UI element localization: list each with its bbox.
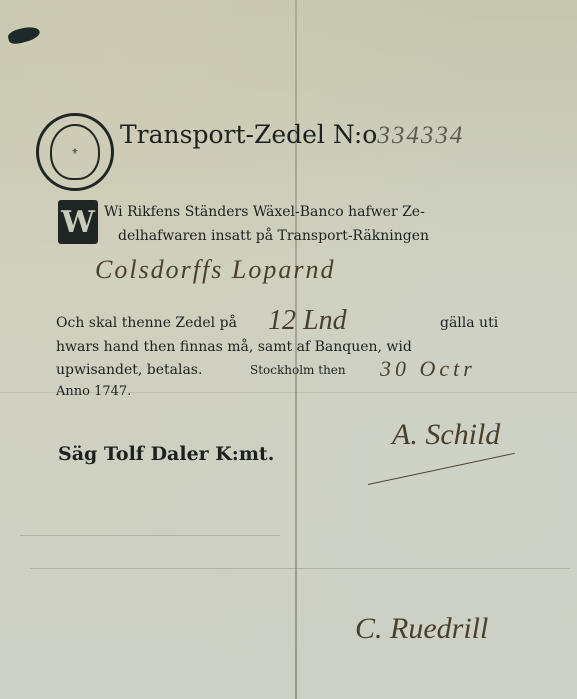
signature-1: A. Schild: [392, 418, 500, 452]
body-line-2: delhafwaren insatt på Transport-Räkninge…: [118, 228, 429, 244]
document-paper: ⚜ Transport-Zedel N:o334334 W Wi Rikfens…: [0, 0, 577, 699]
document-title: Transport-Zedel N:o334334: [120, 120, 464, 150]
seal-crest-icon: ⚜: [50, 124, 100, 180]
title-printed: Transport-Zedel N:o: [120, 120, 377, 149]
serial-number: 334334: [377, 122, 464, 149]
year-line: Anno 1747.: [56, 384, 131, 399]
signature-1-underline: [368, 453, 515, 485]
clause-line-2: hwars hand then finnas må, samt af Banqu…: [56, 339, 412, 355]
ink-blot: [7, 24, 42, 46]
handwritten-name: Colsdorffs Loparnd: [95, 255, 335, 285]
handwritten-amount: 12 Lnd: [268, 305, 347, 337]
clause-line-1-prefix: Och skal thenne Zedel på: [56, 315, 237, 331]
signature-2: C. Ruedrill: [355, 612, 488, 646]
amount-in-words: Säg Tolf Daler K:mt.: [58, 443, 274, 465]
body-line-1: Wi Rikfens Ständers Wäxel-Banco hafwer Z…: [104, 204, 425, 220]
decorated-initial: W: [58, 200, 98, 244]
clause-line-1-suffix: gälla uti: [440, 315, 498, 331]
clause-line-3-place: Stockholm then: [250, 363, 346, 377]
paper-crease: [30, 568, 570, 569]
bank-seal-stamp: ⚜: [36, 113, 114, 191]
clause-line-3-prefix: upwisandet, betalas.: [56, 362, 202, 378]
handwritten-date: 30 Octr: [380, 356, 476, 382]
paper-crease: [20, 535, 280, 536]
